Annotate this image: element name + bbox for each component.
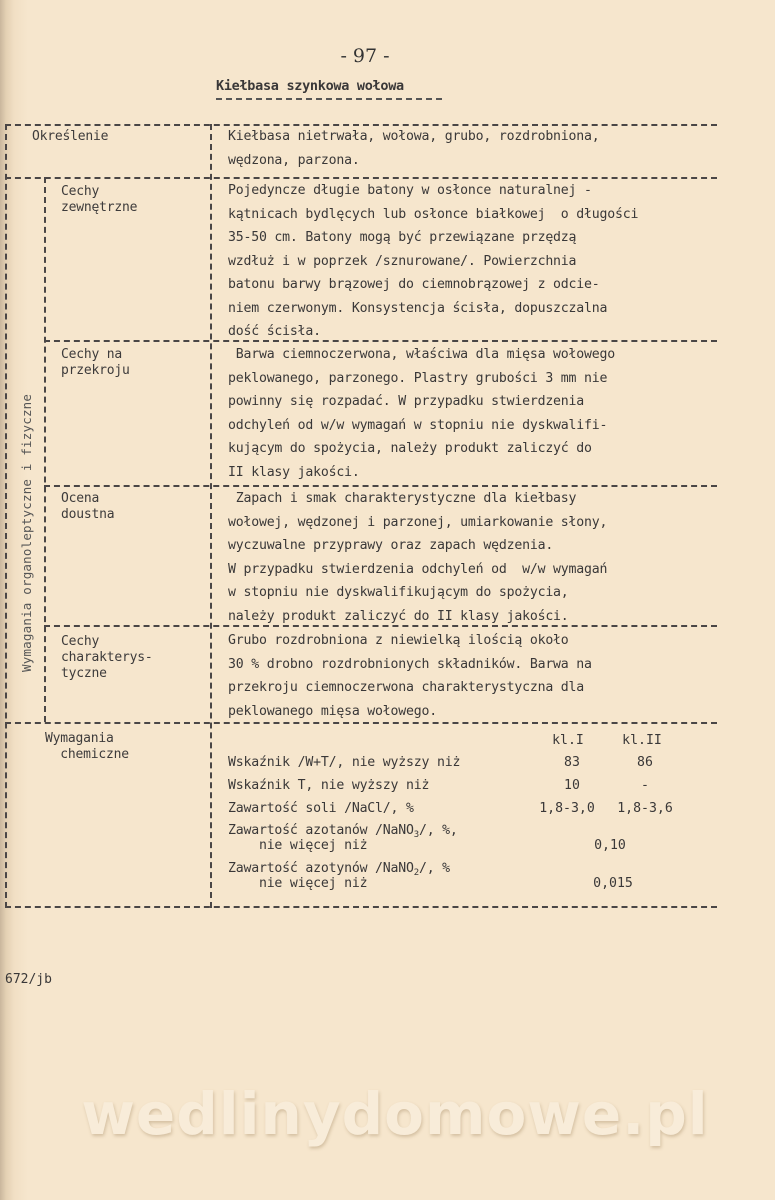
- title-underline: [216, 98, 442, 100]
- chem-value-kl2: 86: [605, 755, 685, 770]
- definition-label: Określenie: [32, 129, 108, 145]
- row-text-external: Pojedyncze długie batony w osłonce natur…: [228, 179, 638, 344]
- chem-row-name: Wskaźnik /W+T/, nie wyższy niż: [228, 755, 460, 770]
- row-label-characteristic: Cechy charakterys- tyczne: [61, 634, 153, 682]
- document-title: Kiełbasa szynkowa wołowa: [216, 78, 404, 94]
- table-bottom-border: [5, 906, 717, 908]
- group-divider: [44, 177, 46, 722]
- chem-value-both: 0,015: [573, 876, 653, 891]
- chem-row-name-prefix: Zawartość azotynów /NaNO: [228, 861, 414, 876]
- chem-value-kl2: -: [605, 778, 685, 793]
- row-label-cross-section: Cechy na przekroju: [61, 347, 130, 379]
- row-text-cross-section: Barwa ciemnoczerwona, właściwa dla mięsa…: [228, 343, 615, 484]
- chem-value-kl1: 83: [532, 755, 612, 770]
- group-label-organoleptic: Wymagania organoleptyczne i fizyczne: [19, 394, 34, 672]
- col-header-kl1: kl.I: [528, 733, 608, 748]
- row-label-taste: Ocena doustna: [61, 491, 114, 523]
- chem-value-kl2: 1,8-3,6: [605, 801, 685, 816]
- col-header-kl2: kl.II: [602, 733, 682, 748]
- definition-text: Kiełbasa nietrwała, wołowa, grubo, rozdr…: [228, 125, 600, 172]
- chem-value-kl1: 1,8-3,0: [527, 801, 607, 816]
- chem-row-name: Zawartość soli /NaCl/, %: [228, 801, 414, 816]
- chem-value-kl1: 10: [532, 778, 612, 793]
- row-text-characteristic: Grubo rozdrobniona z niewielką ilością o…: [228, 629, 592, 723]
- table-left-border: [5, 124, 7, 908]
- chem-row-name-suffix: /, %: [419, 861, 450, 876]
- chem-row-name-prefix: Zawartość azotanów /NaNO: [228, 823, 414, 838]
- chem-row-name: Wskaźnik T, nie wyższy niż: [228, 778, 429, 793]
- row-label-chemical: Wymagania chemiczne: [45, 731, 129, 763]
- row-text-taste: Zapach i smak charakterystyczne dla kieł…: [228, 487, 607, 628]
- chem-value-both: 0,10: [570, 838, 650, 853]
- chem-row-name-suffix: /, %,: [419, 823, 458, 838]
- row-label-external: Cechy zewnętrzne: [61, 184, 137, 216]
- chem-row-name-line2: nie więcej niż: [228, 838, 367, 853]
- page-number: - 97 -: [330, 45, 400, 67]
- footer-code: 672/jb: [5, 972, 52, 987]
- watermark: wedlinydomowe.pl: [70, 1080, 720, 1148]
- chem-row-name-line2: nie więcej niż: [228, 876, 367, 891]
- column-divider: [210, 124, 212, 908]
